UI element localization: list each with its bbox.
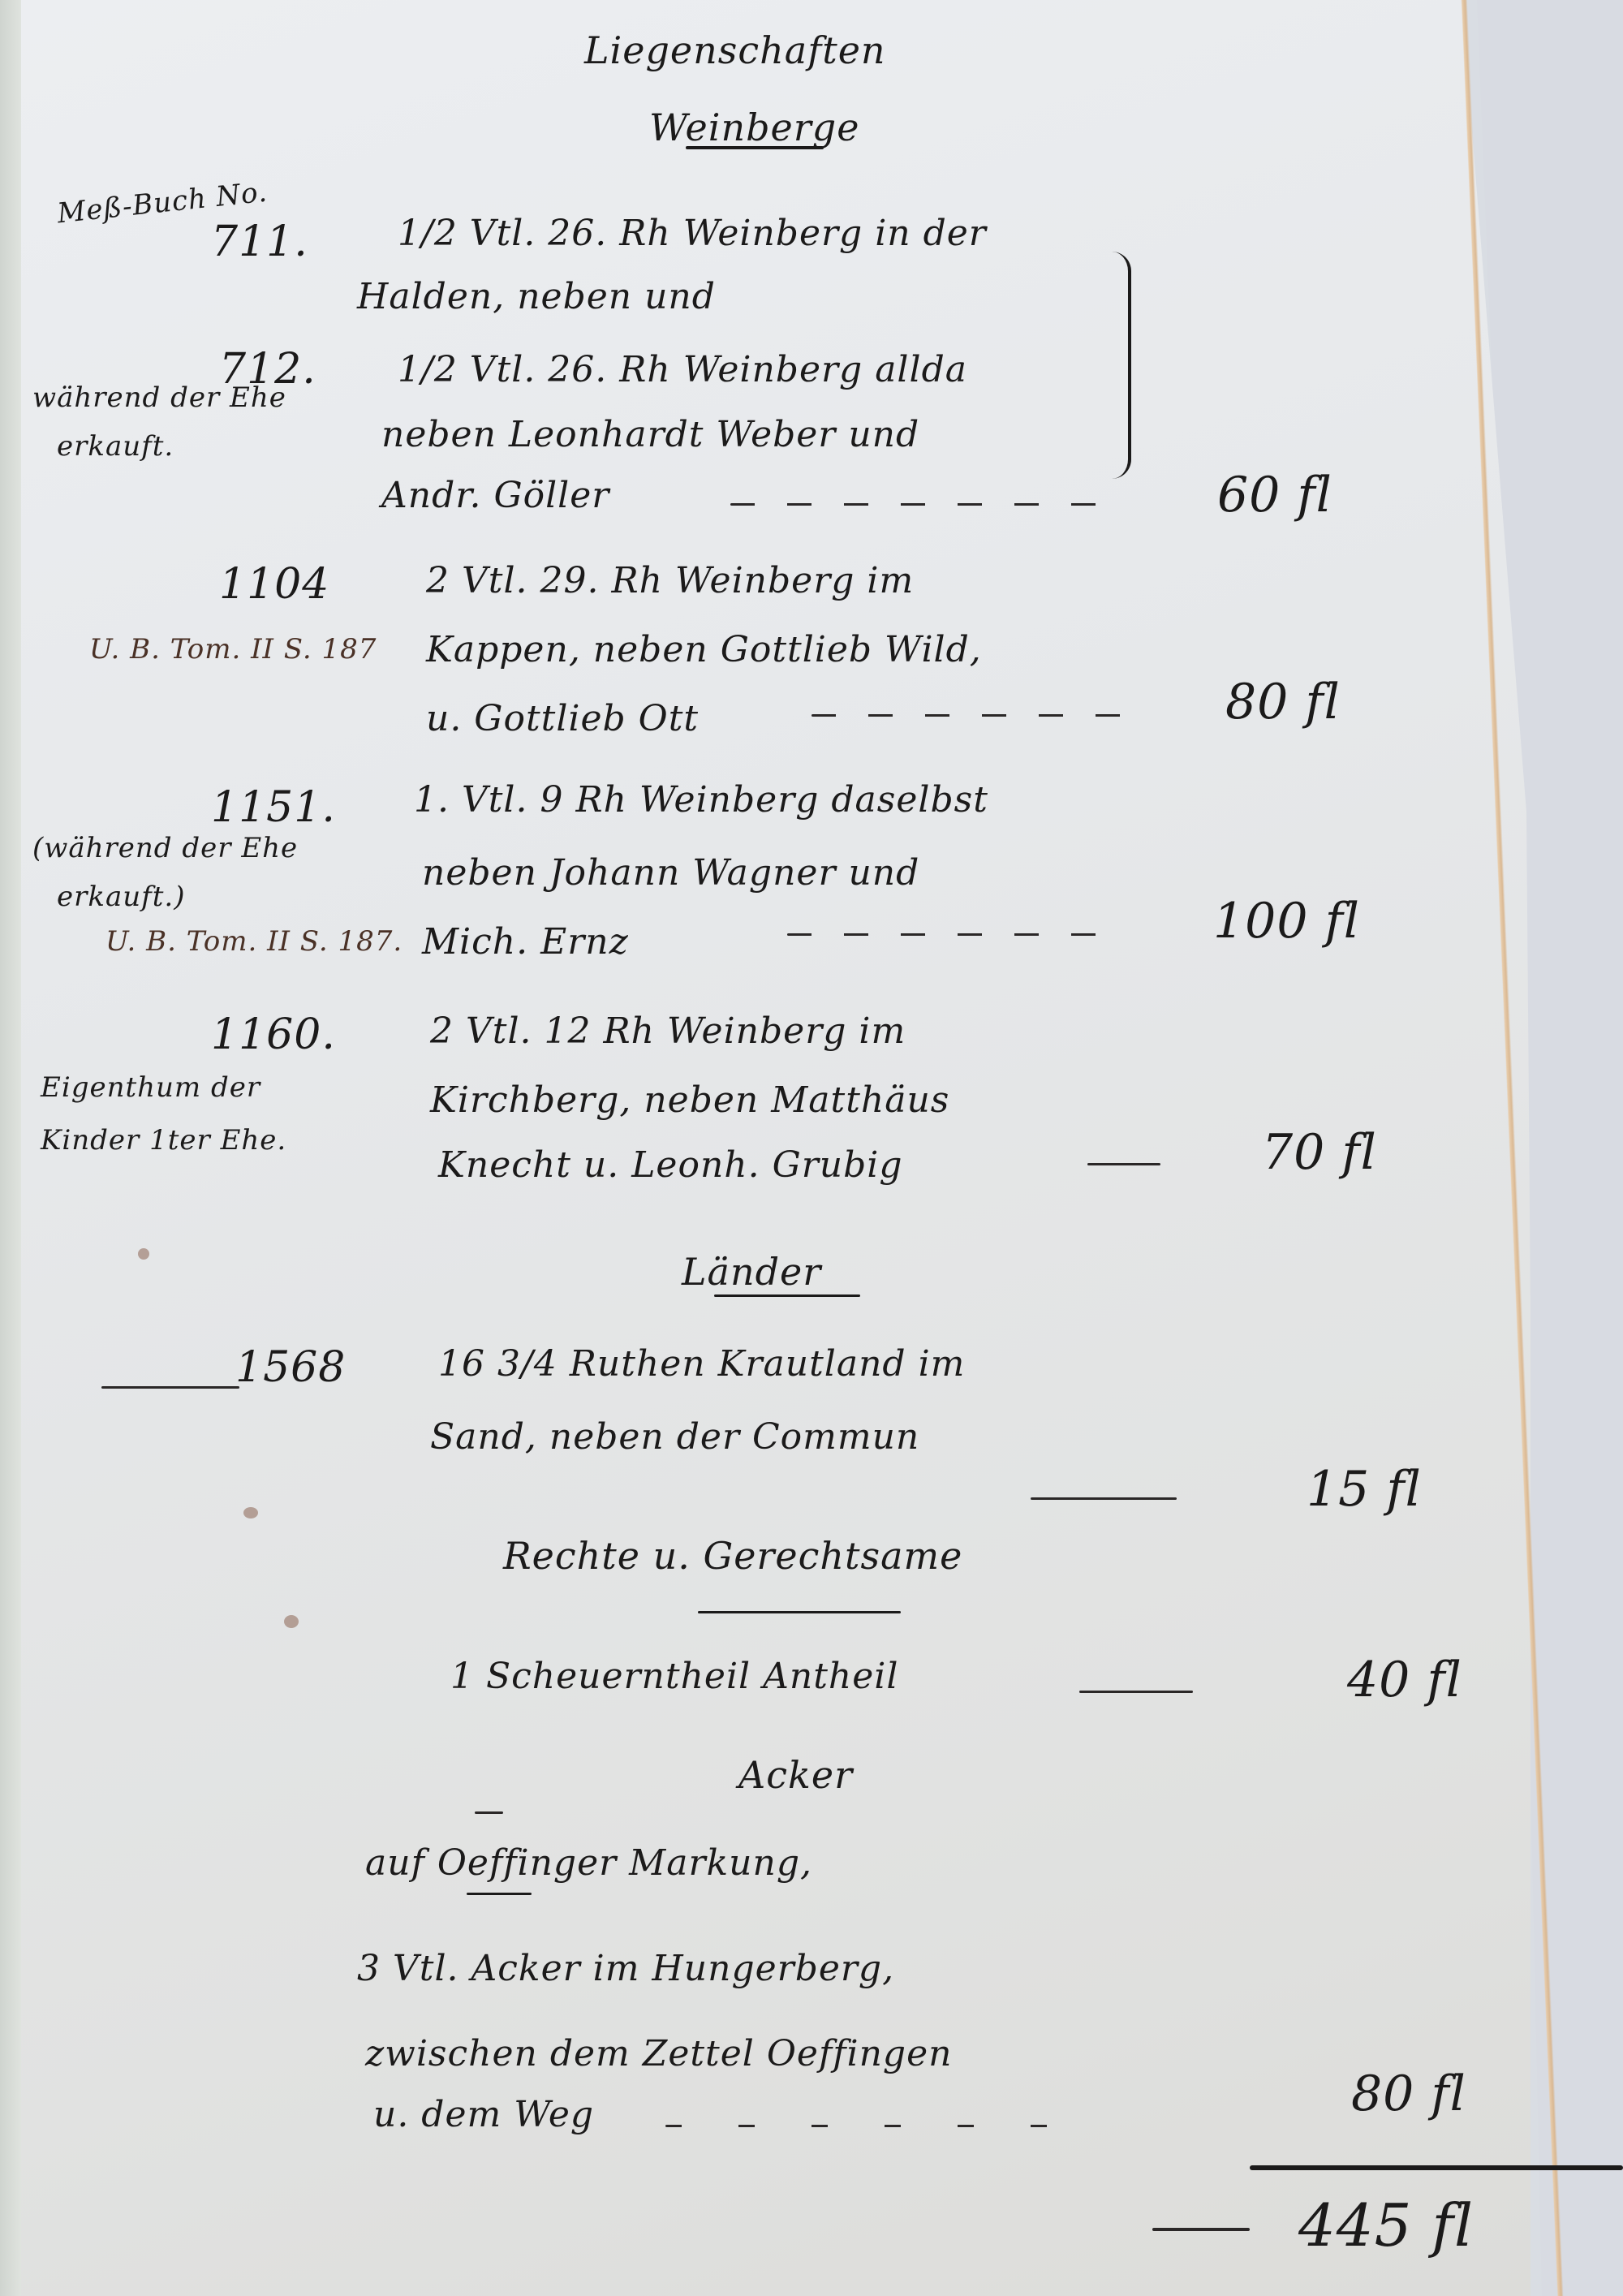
heading-mark (475, 1811, 503, 1814)
grand-total: 445 fl (1298, 2191, 1474, 2259)
parcel-number: 1151. (211, 783, 336, 832)
amount: 15 fl (1307, 1461, 1422, 1518)
margin-note: Kinder 1ter Ehe. (41, 1124, 286, 1157)
parcel-number: 1104 (219, 560, 329, 609)
entry-line: 1/2 Vtl. 26. Rh Weinberg allda (398, 349, 967, 390)
heading-underline (714, 1294, 860, 1297)
amount: 40 fl (1347, 1652, 1462, 1708)
section-heading-rechte: Rechte u. Gerechtsame (503, 1534, 962, 1578)
amount: 60 fl (1217, 467, 1332, 523)
heading-underline (686, 146, 824, 149)
entry-line: neben Leonhardt Weber und (381, 414, 919, 455)
entry-line: Kirchberg, neben Matthäus (430, 1079, 949, 1121)
grouping-brace (1112, 252, 1131, 479)
leader-dash (1079, 1691, 1193, 1693)
entry-line: Sand, neben der Commun (430, 1416, 919, 1458)
entry-line: 3 Vtl. Acker im Hungerberg, (357, 1948, 894, 1989)
margin-note: Eigenthum der (41, 1071, 260, 1104)
leader-dashes (730, 503, 1120, 506)
parcel-number: 1160. (211, 1010, 336, 1059)
leader-dash (101, 1386, 239, 1389)
parcel-number: 711. (211, 218, 308, 266)
page-title: Liegenschaften (584, 28, 886, 72)
leader-dashes (665, 2125, 1055, 2127)
section-heading-laender: Länder (682, 1250, 821, 1294)
entry-line: u. dem Weg (373, 2094, 594, 2135)
margin-note: erkauft. (57, 430, 174, 463)
total-lead-dash (1152, 2228, 1250, 2231)
binding-strip (0, 0, 23, 2296)
entry-line: 1. Vtl. 9 Rh Weinberg daselbst (414, 779, 988, 821)
section-heading-acker: Acker (738, 1753, 853, 1797)
entry-line: Andr. Göller (381, 475, 609, 516)
heading-underline (698, 1611, 901, 1613)
entry-line: Halden, neben und (357, 276, 716, 317)
margin-note: erkauft.) (57, 881, 185, 913)
entry-line: auf Oeffinger Markung, (365, 1842, 812, 1884)
entry-line: 16 3/4 Ruthen Krautland im (438, 1343, 965, 1385)
entry-line: Knecht u. Leonh. Grubig (438, 1144, 903, 1186)
entry-line: zwischen dem Zettel Oeffingen (365, 2033, 952, 2074)
entry-line: 2 Vtl. 29. Rh Weinberg im (426, 560, 914, 601)
leader-dashes (811, 714, 1152, 717)
entry-line: neben Johann Wagner und (422, 852, 919, 894)
entry-line: Kappen, neben Gottlieb Wild, (426, 629, 982, 670)
ink-stain (138, 1248, 149, 1260)
margin-note: während der Ehe (32, 381, 286, 414)
entry-line: 1 Scheuerntheil Antheil (450, 1656, 898, 1697)
leader-dash (1087, 1163, 1160, 1165)
margin-note: (während der Ehe (32, 832, 298, 864)
entry-line: 1/2 Vtl. 26. Rh Weinberg in der (398, 213, 987, 254)
total-rule (1250, 2165, 1623, 2170)
section-heading-weinberge: Weinberge (649, 106, 859, 149)
leader-dash (1031, 1497, 1177, 1500)
text-underline (467, 1893, 532, 1895)
entry-line: Mich. Ernz (422, 921, 629, 963)
amount: 70 fl (1262, 1124, 1377, 1181)
margin-note: U. B. Tom. II S. 187. (105, 925, 403, 958)
ink-stain (243, 1507, 258, 1518)
amount: 80 fl (1225, 674, 1341, 730)
margin-note: U. B. Tom. II S. 187 (89, 633, 377, 666)
amount: 80 fl (1351, 2066, 1466, 2122)
entry-line: u. Gottlieb Ott (426, 698, 699, 739)
amount: 100 fl (1213, 893, 1360, 950)
ink-stain (284, 1615, 299, 1628)
entry-line: 2 Vtl. 12 Rh Weinberg im (430, 1010, 906, 1052)
leader-dashes (787, 933, 1128, 936)
parcel-number: 1568 (235, 1343, 346, 1392)
